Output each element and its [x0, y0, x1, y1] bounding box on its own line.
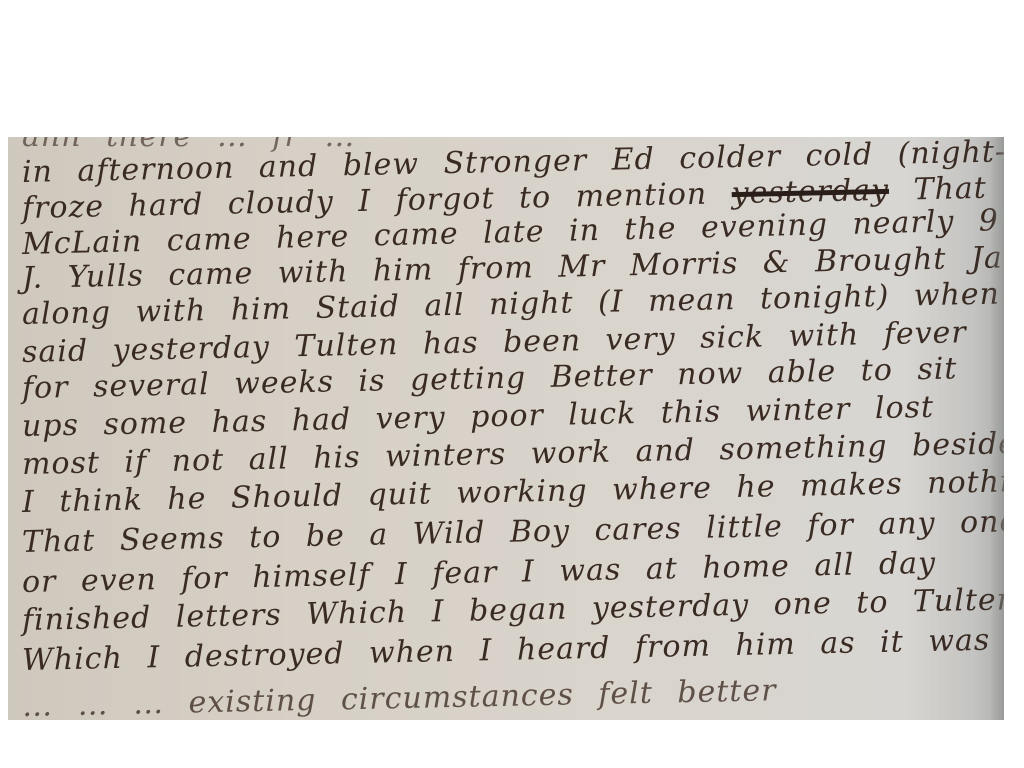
handwritten-line-cropped-bottom: … … … existing circumstances felt better — [22, 673, 777, 720]
journal-page: ann there … fr … in afternoon and blew S… — [8, 137, 1004, 720]
line-text: That Thus. — [913, 168, 1004, 207]
